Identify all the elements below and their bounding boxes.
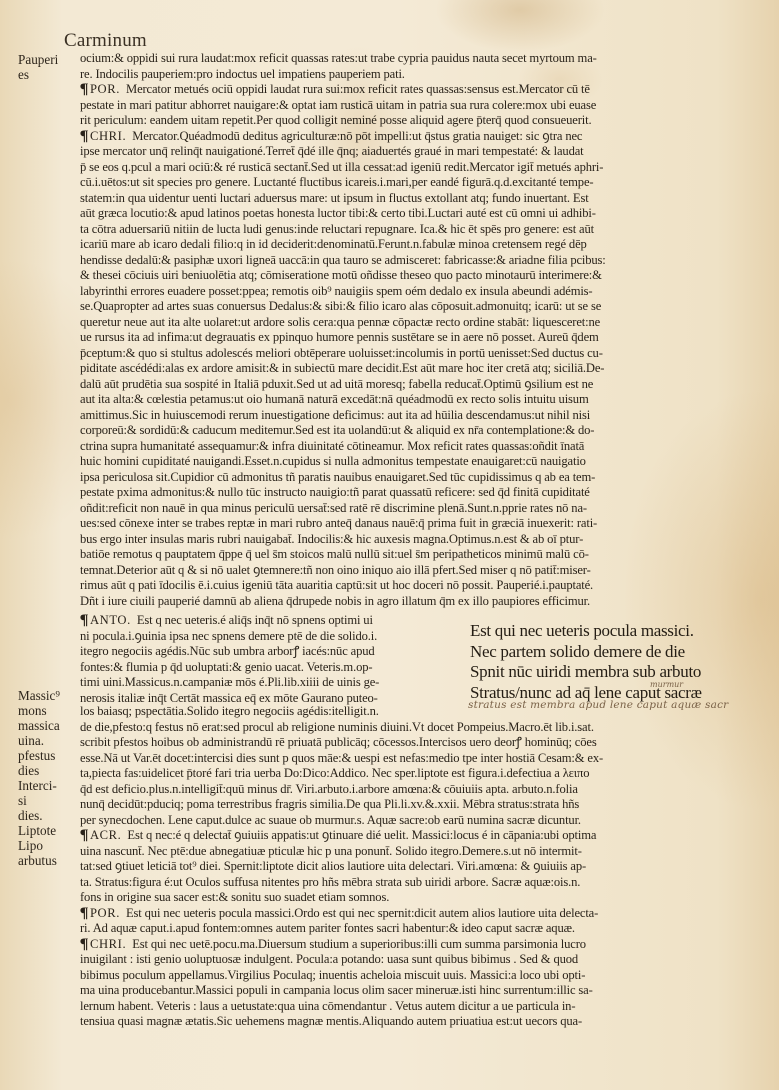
text-line: ocium:& oppidi sui rura laudat:mox refic…	[80, 51, 755, 67]
text-line: rimus aūt q pati īdocilis ē.i.cuius igen…	[80, 578, 755, 594]
text-line: scribit pfestos hoibus ob administrandū …	[80, 735, 760, 751]
paragraph-mark-icon: ¶	[80, 129, 88, 145]
line-text: Est q nec ueteris.é aliq̄s inq̄t nō spne…	[137, 613, 373, 627]
text-line: corporeū:& sordidū:& caducum meditemur.S…	[80, 423, 755, 439]
text-line: uina.	[18, 733, 76, 748]
text-line: ue rursus ita ad infima:ut degrauatis ex…	[80, 330, 755, 346]
text-line: tat:sed ꝯtiuet leticiā tot⁹ diei. Sperni…	[80, 859, 760, 875]
text-line: huic homini cupiditaté nauigandi.Esset.n…	[80, 454, 755, 470]
commentary-lower-block: ¶ACR.Est q nec:é q delectat̄ ꝯuiuiis app…	[80, 828, 760, 1030]
text-line: si	[18, 793, 76, 808]
text-line: aut ita alta:& cœlestia petamus:ut oio h…	[80, 392, 755, 408]
text-line: fons in origine sua sacer est:& sonitu s…	[80, 890, 760, 906]
margin-note-line: es	[18, 67, 76, 82]
commentary-middle-block: los baiasq; pspectātia.Solido itegro neg…	[80, 704, 760, 828]
text-line: statem:in qua uidentur uenti luctari adu…	[80, 191, 755, 207]
paragraph-mark-icon: ¶	[80, 937, 88, 953]
verse-line: Est qui nec ueteris pocula massici.	[470, 621, 770, 642]
commentary-main-block: ocium:& oppidi sui rura laudat:mox refic…	[80, 51, 755, 609]
text-line: se.Quapropter ad artes suas conuersus De…	[80, 299, 755, 315]
line-text: Est q nec:é q delectat̄ ꝯuiuiis appatis:…	[127, 828, 596, 842]
text-line: amittimus.Sic in huiuscemodi rerum inues…	[80, 408, 755, 424]
text-line: ¶CHRI.Mercator.Quéadmodū deditus agricul…	[80, 129, 755, 145]
running-head: Carminum	[64, 30, 147, 52]
text-line: temnat.Deterior aūt q & si nō ualet ꝯtem…	[80, 563, 755, 579]
paragraph-mark-icon: ¶	[80, 828, 88, 844]
text-line: bibimus poculum appellamus.Virgilius Poc…	[80, 968, 760, 984]
text-line: ta,piecta fas:uidelicet p̄toré fari tria…	[80, 766, 760, 782]
text-line: pestate in mari patitur abhorret nauigar…	[80, 98, 755, 114]
horace-verse: Est qui nec ueteris pocula massici. Nec …	[470, 621, 770, 703]
text-line: labyrinthi errores euadere posset:ppea; …	[80, 284, 755, 300]
line-text: Mercator metués ociū oppidi laudat rura …	[126, 82, 590, 96]
text-line: ctrina supra humanitaté assequamur:& inf…	[80, 439, 755, 455]
text-line: q̄d est deficio.plus.n.intelligit̄:quū m…	[80, 782, 760, 798]
text-line: bus ergo inter insulas maris rubri nauig…	[80, 532, 755, 548]
manuscript-page: Carminum Pauperi es ocium:& oppidi sui r…	[0, 0, 779, 1090]
interlinear-gloss: murmur	[650, 680, 683, 689]
text-line: & thesei cōciuis uiri beniuolētia atq; c…	[80, 268, 755, 284]
text-line: ipse mercator unq̄ relinq̄t nauigationé.…	[80, 144, 755, 160]
text-line: ¶ACR.Est q nec:é q delectat̄ ꝯuiuiis app…	[80, 828, 760, 844]
text-line: ¶CHRI.Est qui nec uetē.pocu.ma.Diuersum …	[80, 937, 760, 953]
text-line: fontes:& flumia p q̄d uoluptati:& genio …	[80, 660, 465, 676]
text-line: ri. Ad aquæ caput.i.apud fontem:omnes au…	[80, 921, 760, 937]
text-line: los baiasq; pspectātia.Solido itegro neg…	[80, 704, 760, 720]
commentator-label: CHRI.	[90, 129, 126, 143]
text-line: ¶POR.Est qui nec ueteris pocula massici.…	[80, 906, 760, 922]
text-line: ues:sed cōnexe inter se trabes reptæ in …	[80, 516, 755, 532]
text-line: batiōe remotus q pauptatem q̄ppe q̄ uel …	[80, 547, 755, 563]
line-text: Mercator.Quéadmodū deditus agriculturæ:n…	[132, 129, 582, 143]
text-line: timi uini.Massicus.n.campaniæ mōs é.Pli.…	[80, 675, 465, 691]
text-line: ta. Stratus:figura é:ut Oculos suffusa n…	[80, 875, 760, 891]
paragraph-mark-icon: ¶	[80, 613, 88, 629]
text-line: ta cōtra aduersariū nitiin de lucta ludi…	[80, 222, 755, 238]
text-line: piditate ascédédi:alas ex ardore amisit:…	[80, 361, 755, 377]
text-line: tensiua quasi magnæ ætatis.Sic uehemens …	[80, 1014, 760, 1030]
text-line: ¶POR.Mercator metués ociū oppidi laudat …	[80, 82, 755, 98]
text-line: nunq̄ decidūt:pduciq; poma terrestribus …	[80, 797, 760, 813]
verse-line: Spnit nūc uiridi membra sub arbuto	[470, 662, 770, 683]
text-line: esse.Nā ut Var.ēt docet:intercisi dies s…	[80, 751, 760, 767]
paragraph-mark-icon: ¶	[80, 82, 88, 98]
text-line: cū.i.uētos:ut sit species pro genere. Lu…	[80, 175, 755, 191]
text-line: uina nascunt̄. Nec ptē:due abnegatiuæ pt…	[80, 844, 760, 860]
text-line: de die,pfesto:q festus nō erat:sed procu…	[80, 720, 760, 736]
text-line: pfestus	[18, 748, 76, 763]
text-line: queretur neue aut ita alte uolaret:ut ar…	[80, 315, 755, 331]
text-line: rit periculum: eandem uitam repetit.Per …	[80, 113, 755, 129]
commentator-label: CHRI.	[90, 937, 126, 951]
text-line: per synecdochen. Lene caput.dulce ac sua…	[80, 813, 760, 829]
margin-note-pauperies: Pauperi es	[18, 52, 76, 82]
verse-line: Nec partem solido demere de die	[470, 642, 770, 663]
text-line: ipsa periculosa sit.Cupidior cū admonitu…	[80, 470, 755, 486]
text-line: dies	[18, 763, 76, 778]
commentator-label: POR.	[90, 82, 120, 96]
text-line: dalū aūt prudētia sua sospité in Italiā …	[80, 377, 755, 393]
text-line: arbutus	[18, 853, 76, 868]
margin-notes-middle: Massic⁹monsmassicauina.pfestusdiesInterc…	[18, 688, 76, 868]
text-line: Interci-	[18, 778, 76, 793]
text-line: dies.	[18, 808, 76, 823]
text-line: pestate pxima admonitus:& nullo tūc inst…	[80, 485, 755, 501]
text-line: inuigilant : isti genio uoluptuosæ indul…	[80, 952, 760, 968]
text-line: hendisse dedalū:& pasiphæ uxori ligneā u…	[80, 253, 755, 269]
text-line: re. Indocilis pauperiem:pro indoctus uel…	[80, 67, 755, 83]
margin-note-line: Pauperi	[18, 52, 76, 67]
text-line: itegro negociis agédis.Nūc sub umbra arb…	[80, 644, 465, 660]
text-line: ni pocula.i.ꝯuinia ipsa nec spnens demer…	[80, 629, 465, 645]
text-line: ¶ANTO.Est q nec ueteris.é aliq̄s inq̄t n…	[80, 613, 465, 629]
text-line: ma uina producebantur.Massici populi in …	[80, 983, 760, 999]
commentary-canto-block: ¶ANTO.Est q nec ueteris.é aliq̄s inq̄t n…	[80, 613, 465, 706]
text-line: aūt græca locutio:& apud latinos poetas …	[80, 206, 755, 222]
commentator-label: ACR.	[90, 828, 121, 842]
commentator-label: ANTO.	[90, 613, 131, 627]
text-line: oñdit:reficit non nauē in qua minus peri…	[80, 501, 755, 517]
text-line: Massic⁹	[18, 688, 76, 703]
text-line: Liptote	[18, 823, 76, 838]
text-line: massica	[18, 718, 76, 733]
text-line: Dñt i iure ciuili pauperié damnū ab alie…	[80, 594, 755, 610]
line-text: Est qui nec uetē.pocu.ma.Diuersum studiu…	[132, 937, 586, 951]
text-line: mons	[18, 703, 76, 718]
text-line: p̄ se eos q.pcul a mari ociū:& ré rustic…	[80, 160, 755, 176]
text-line: Lipo	[18, 838, 76, 853]
commentator-label: POR.	[90, 906, 120, 920]
text-line: lernum habent. Veteris : laus a uetustat…	[80, 999, 760, 1015]
text-line: icariū mare ab icaro dedali filio:q in i…	[80, 237, 755, 253]
text-line: p̄ceptum:& quo si stultus adolescés meli…	[80, 346, 755, 362]
paragraph-mark-icon: ¶	[80, 906, 88, 922]
line-text: Est qui nec ueteris pocula massici.Ordo …	[126, 906, 598, 920]
